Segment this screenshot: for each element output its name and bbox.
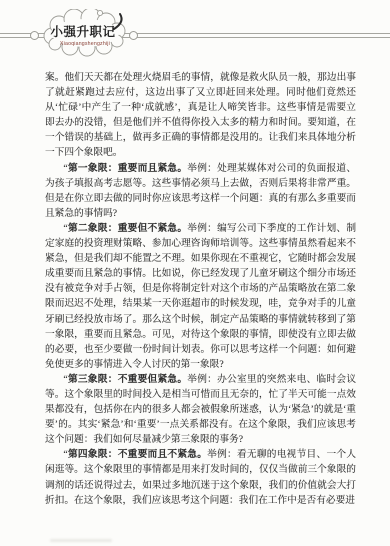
- rule-node-right-icon: [129, 31, 138, 40]
- paragraph-quadrant-4: “第四象限：不重要而且不紧急。举例：看无聊的电视节目、一个人闲逛等。这个象限里的…: [45, 447, 356, 507]
- paragraph-quadrant-3: “第三象限：不重要但紧急。举例：办公室里的突然来电、临时会议等。这个象限里的时间…: [45, 372, 356, 447]
- logo-cloud-icon: 小强升职记 Xiaoqiangshengzhiji: [42, 9, 130, 57]
- quadrant-3-heading: 第三象限：不重要但紧急。: [68, 374, 188, 385]
- quadrant-1-heading: 第一象限：重要而且紧急。: [68, 163, 188, 174]
- quadrant-2-heading: 第二象限：重要但不紧急。: [68, 223, 188, 234]
- paragraph-text: 案。他们天天都在处理火烧眉毛的事情，就像是救火队员一般，那边出事了就赶紧跑过去应…: [45, 72, 356, 158]
- logo-title: 小强升职记: [50, 24, 115, 39]
- paragraph-text: 举例：编写公司下季度的工作计划、制定家庭的投资理财策略、参加心理咨询师培训等。这…: [45, 223, 356, 370]
- logo-pinyin: Xiaoqiangshengzhiji: [60, 41, 110, 47]
- paragraph-quadrant-1: “第一象限：重要而且紧急。举例：处理某媒体对公司的负面报道、为孩子填报高考志愿等…: [45, 161, 356, 221]
- page-text: 案。他们天天都在处理火烧眉毛的事情，就像是救火队员一般，那边出事了就赶紧跑过去应…: [45, 70, 356, 508]
- quadrant-4-heading: 第四象限：不重要而且不紧急。: [68, 449, 207, 460]
- rule-node-left-icon: [30, 31, 39, 40]
- print-bleed-artifact: [50, 539, 112, 542]
- paragraph-continuation: 案。他们天天都在处理火烧眉毛的事情，就像是救火队员一般，那边出事了就赶紧跑过去应…: [45, 70, 356, 161]
- book-page: 小强升职记 Xiaoqiangshengzhiji 案。他们天天都在处理火烧眉毛…: [0, 0, 390, 546]
- paragraph-quadrant-2: “第二象限：重要但不紧急。举例：编写公司下季度的工作计划、制定家庭的投资理财策略…: [45, 221, 356, 372]
